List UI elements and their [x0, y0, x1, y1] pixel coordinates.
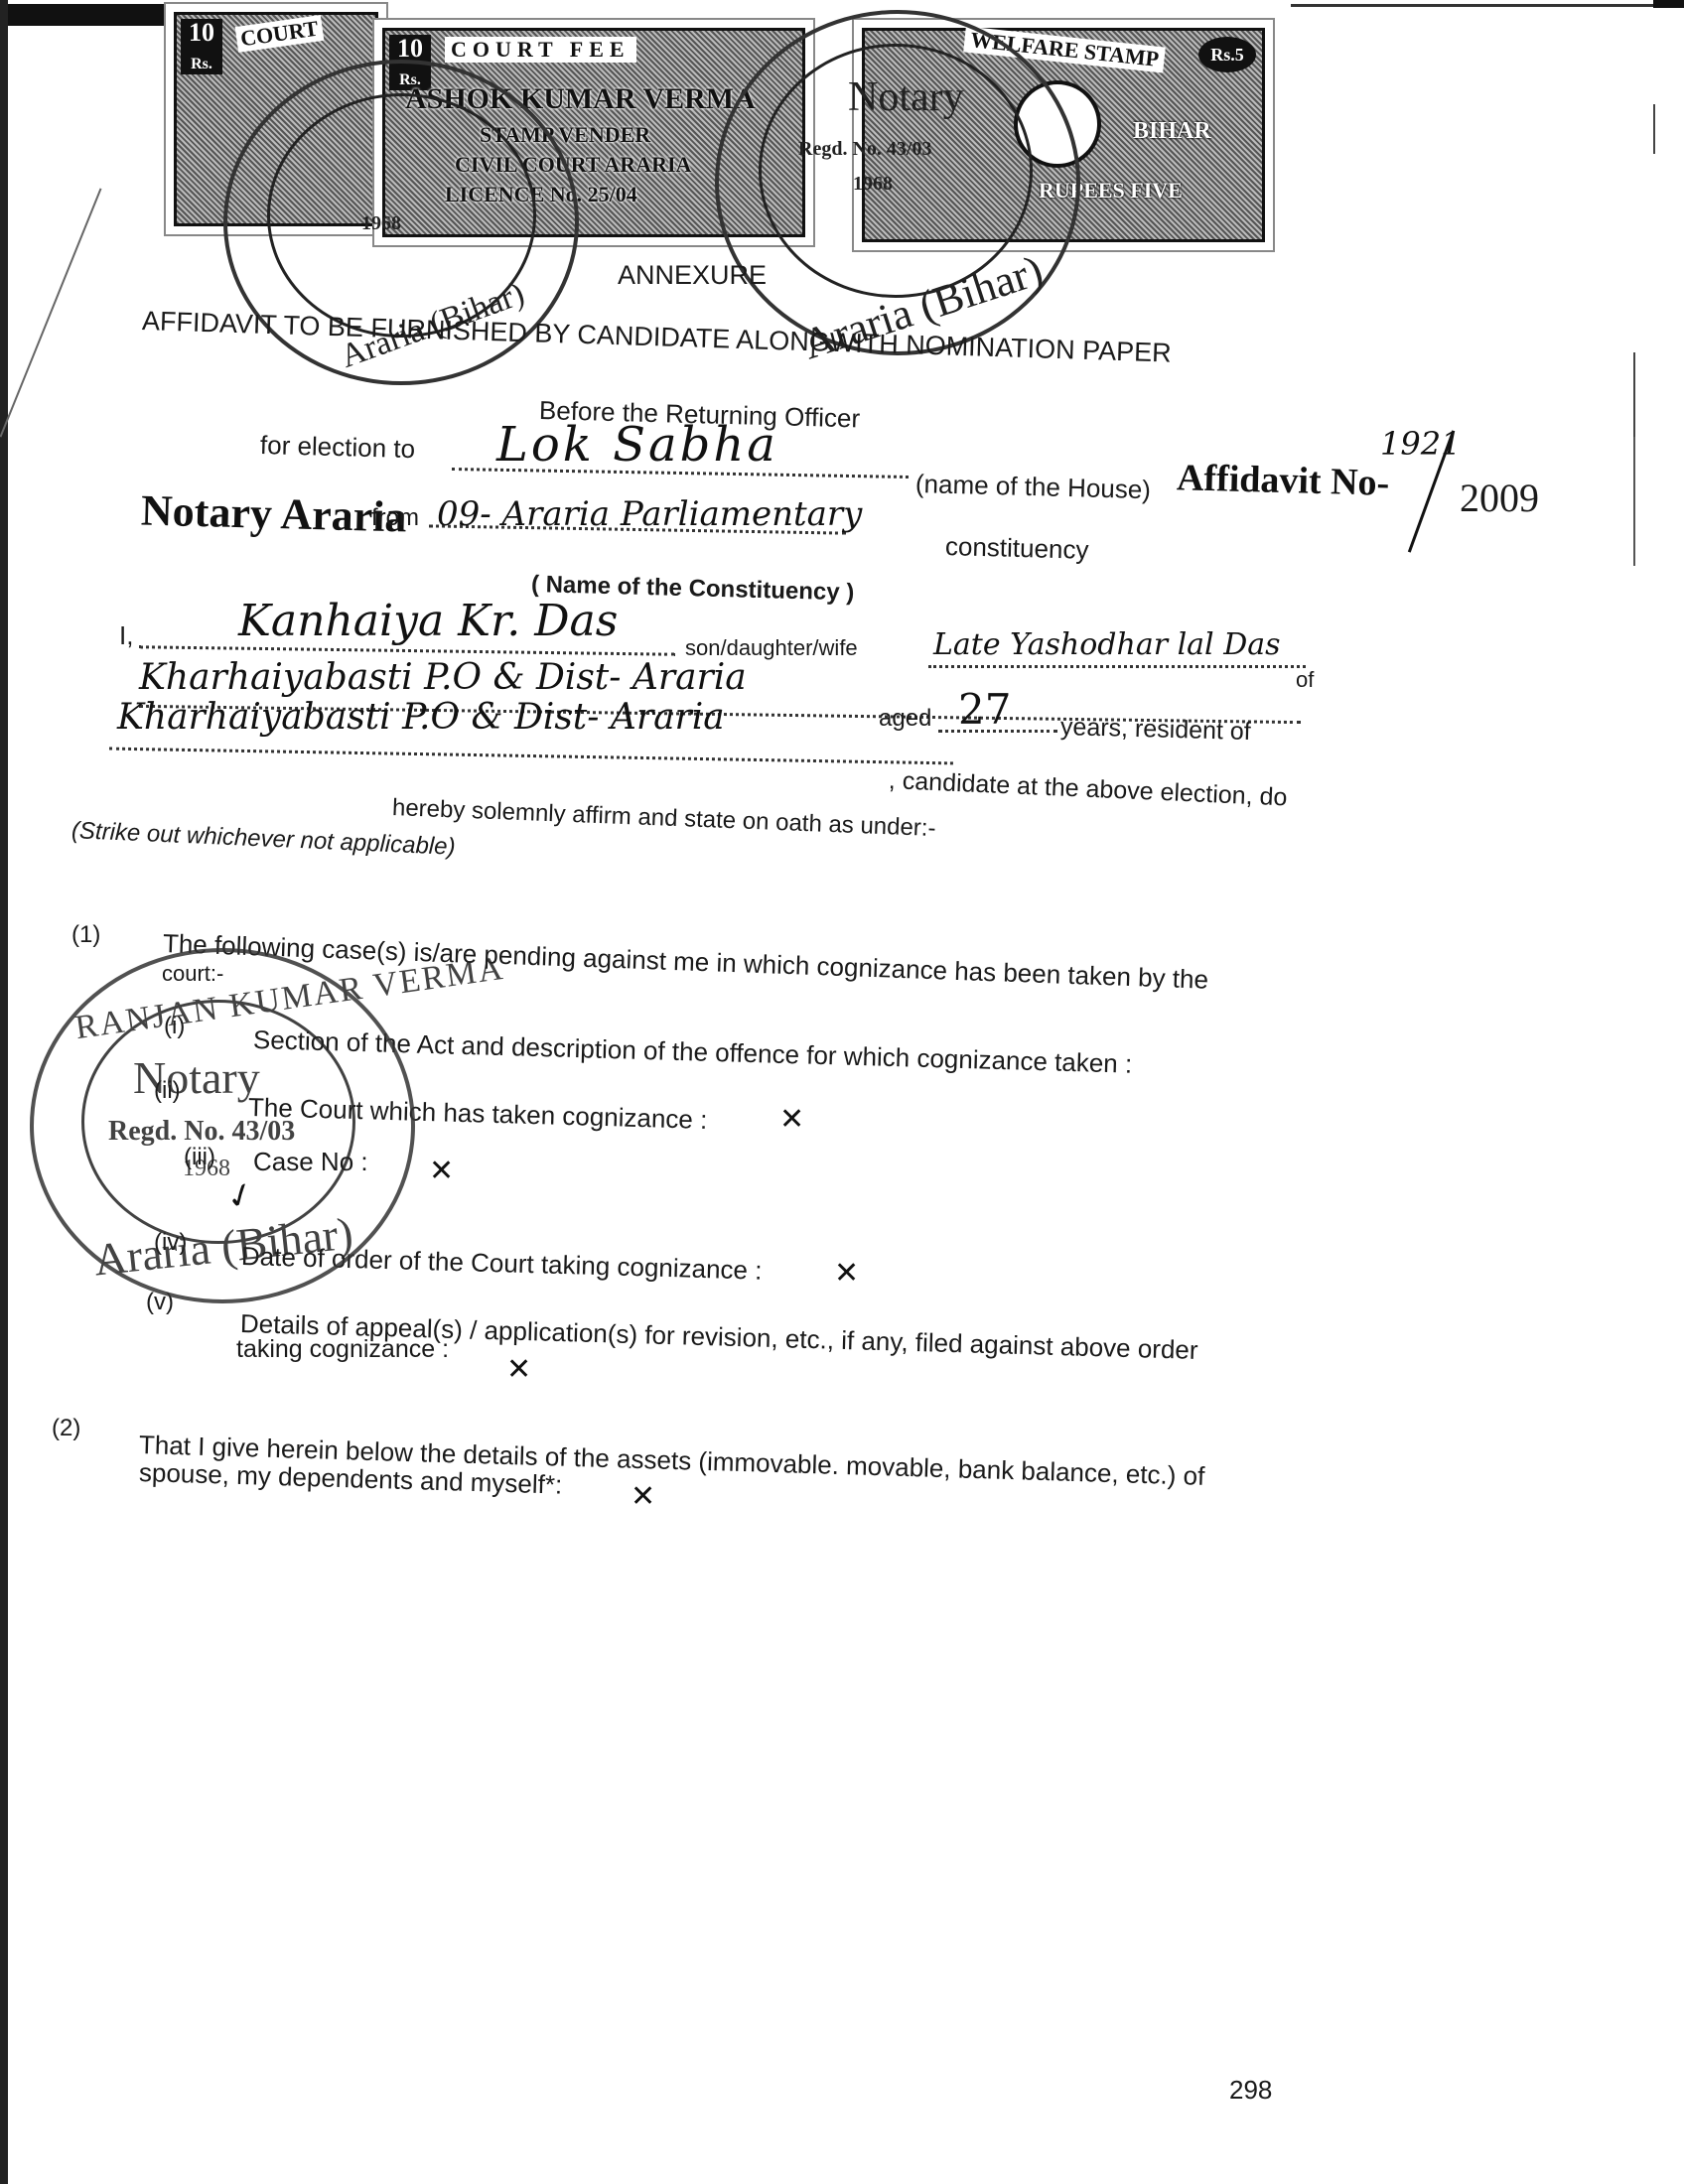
candidate-label: , candidate at the above election, do: [888, 766, 1288, 812]
stamp-state: BIHAR: [1133, 118, 1211, 145]
margin-line-right-3: [1633, 437, 1635, 566]
name-dotted-line: [139, 645, 675, 656]
section1-item-v-text2: taking cognizance :: [236, 1335, 449, 1364]
relation-dotted-line: [928, 665, 1306, 668]
aged-label: aged: [879, 705, 931, 733]
stamp-label: COURT: [235, 15, 324, 53]
stamp-label: COURT FEE: [445, 37, 636, 63]
house-label: (name of the House): [915, 469, 1152, 505]
affidavit-no-year: 2009: [1460, 475, 1539, 521]
seal-year: 1968: [183, 1156, 230, 1182]
stamp-denomination: Rs.5: [1198, 37, 1256, 72]
notary-seal-top-right: Notary Regd. No. 43/03 1968 Araria (Biha…: [715, 10, 1080, 355]
candidate-name-value[interactable]: Kanhaiya Kr. Das: [238, 596, 618, 646]
scan-edge-top: [1291, 4, 1668, 7]
scan-edge-top-left: [0, 4, 164, 26]
scan-edge-left: [0, 0, 8, 2184]
seal-year: 1968: [361, 212, 401, 235]
constituency-label: constituency: [945, 531, 1089, 566]
years-resident-label: years, resident of: [1060, 713, 1251, 747]
seal-regd: Regd. No. 43/03: [108, 1116, 295, 1148]
relation-value[interactable]: Late Yashodhar lal Das: [933, 627, 1281, 662]
section1-number: (1): [71, 921, 100, 949]
seal-center: Notary: [848, 73, 964, 121]
item-ii-cross-mark: ✕: [779, 1102, 804, 1137]
affidavit-no-label: Affidavit No-: [1176, 456, 1389, 505]
address2-dotted-line: [109, 748, 953, 765]
section2-number: (2): [52, 1415, 80, 1442]
margin-line-right-1: [1653, 104, 1655, 154]
seal-regd: Regd. No. 43/03: [798, 138, 931, 161]
strike-out-note: (Strike out whichever not applicable): [70, 817, 456, 862]
item-v-cross-mark: ✕: [506, 1352, 531, 1387]
affidavit-title: AFFIDAVIT TO BE FURNISHED BY CANDIDATE A…: [142, 306, 1173, 369]
constituency-value[interactable]: 09- Araria Parliamentary: [437, 494, 862, 534]
stamp-denomination: 10Rs.: [181, 19, 222, 74]
for-election-value[interactable]: Lok Sabha: [496, 417, 778, 473]
from-label: from: [371, 504, 419, 532]
annexure-label: ANNEXURE: [618, 260, 767, 291]
item-iv-cross-mark: ✕: [834, 1256, 859, 1291]
address-value-2[interactable]: Kharhaiyabasti P.O & Dist- Araria: [117, 697, 725, 738]
address-value-1[interactable]: Kharhaiyabasti P.O & Dist- Araria: [139, 657, 747, 698]
of-label: of: [1296, 667, 1314, 693]
notary-araria-label: Notary Araria: [140, 485, 407, 543]
age-value[interactable]: 27: [958, 685, 1011, 734]
notary-seal-ranjan-kumar-verma: RANJAN KUMAR VERMA Notary Regd. No. 43/0…: [30, 948, 415, 1303]
seal-year: 1968: [853, 173, 893, 196]
section2-cross-mark: ✕: [631, 1479, 655, 1514]
i-label: I,: [119, 620, 133, 651]
page-number: 298: [1229, 2075, 1272, 2106]
for-election-label: for election to: [260, 430, 416, 465]
item-iii-cross-mark: ✕: [429, 1154, 454, 1188]
scan-edge-top-right: [1653, 0, 1684, 8]
seal-center: Notary: [133, 1051, 260, 1104]
left-margin-slash: [0, 188, 101, 437]
affirm-text: hereby solemnly affirm and state on oath…: [391, 794, 936, 843]
